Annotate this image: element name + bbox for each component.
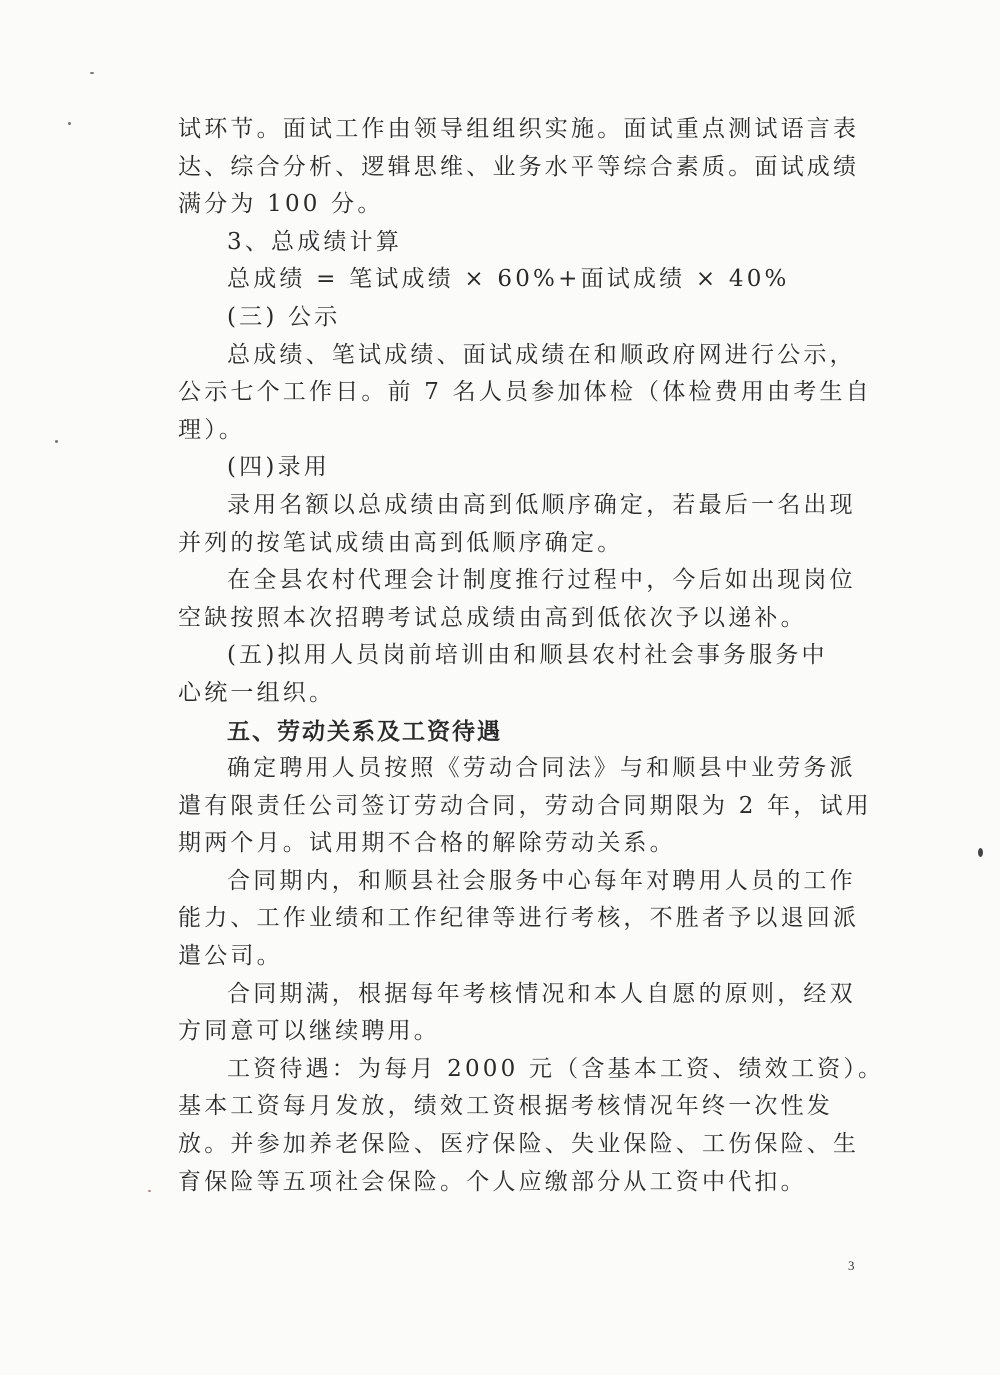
scan-speck xyxy=(90,72,94,74)
subsection-title: 3、总成绩计算 xyxy=(178,224,858,262)
text-line: 总成绩、笔试成绩、面试成绩在和顺政府网进行公示， xyxy=(178,337,858,375)
text-line: 满分为 100 分。 xyxy=(178,186,858,224)
scan-speck xyxy=(148,1190,151,1192)
text-line: 工资待遇：为每月 2000 元（含基本工资、绩效工资）。 xyxy=(178,1051,858,1089)
text-line: 空缺按照本次招聘考试总成绩由高到低依次予以递补。 xyxy=(178,600,858,638)
text-line: 录用名额以总成绩由高到低顺序确定，若最后一名出现 xyxy=(178,487,858,525)
text-line: 确定聘用人员按照《劳动合同法》与和顺县中业劳务派 xyxy=(178,750,858,788)
formula-line: 总成绩 = 笔试成绩 × 60%+面试成绩 × 40% xyxy=(178,261,858,299)
text-line: 理）。 xyxy=(178,412,858,450)
scan-speck xyxy=(978,848,983,857)
text-line: 育保险等五项社会保险。个人应缴部分从工资中代扣。 xyxy=(178,1164,858,1202)
scan-speck xyxy=(68,122,71,125)
page-number: 3 xyxy=(848,1258,855,1274)
subsection-title: (四)录用 xyxy=(178,449,858,487)
text-line: 公示七个工作日。前 7 名人员参加体检（体检费用由考生自 xyxy=(178,374,858,412)
text-line: 期两个月。试用期不合格的解除劳动关系。 xyxy=(178,825,858,863)
text-line: 试环节。面试工作由领导组组织实施。面试重点测试语言表 xyxy=(178,111,858,149)
text-line: 基本工资每月发放，绩效工资根据考核情况年终一次性发 xyxy=(178,1088,858,1126)
text-line: 遣有限责任公司签订劳动合同，劳动合同期限为 2 年，试用 xyxy=(178,788,858,826)
section-heading: 五、劳动关系及工资待遇 xyxy=(178,713,858,751)
text-line: 达、综合分析、逻辑思维、业务水平等综合素质。面试成绩 xyxy=(178,149,858,187)
scan-speck xyxy=(55,440,58,443)
text-line: 放。并参加养老保险、医疗保险、失业保险、工伤保险、生 xyxy=(178,1126,858,1164)
text-line: (五)拟用人员岗前培训由和顺县农村社会事务服务中 xyxy=(178,637,858,675)
text-line: 能力、工作业绩和工作纪律等进行考核，不胜者予以退回派 xyxy=(178,900,858,938)
document-body: 试环节。面试工作由领导组组织实施。面试重点测试语言表 达、综合分析、逻辑思维、业… xyxy=(178,111,858,1201)
text-line: 在全县农村代理会计制度推行过程中，今后如出现岗位 xyxy=(178,562,858,600)
text-line: 方同意可以继续聘用。 xyxy=(178,1013,858,1051)
text-line: 合同期内，和顺县社会服务中心每年对聘用人员的工作 xyxy=(178,863,858,901)
subsection-title: (三) 公示 xyxy=(178,299,858,337)
text-line: 并列的按笔试成绩由高到低顺序确定。 xyxy=(178,525,858,563)
text-line: 心统一组织。 xyxy=(178,675,858,713)
text-line: 遣公司。 xyxy=(178,938,858,976)
text-line: 合同期满，根据每年考核情况和本人自愿的原则，经双 xyxy=(178,976,858,1014)
